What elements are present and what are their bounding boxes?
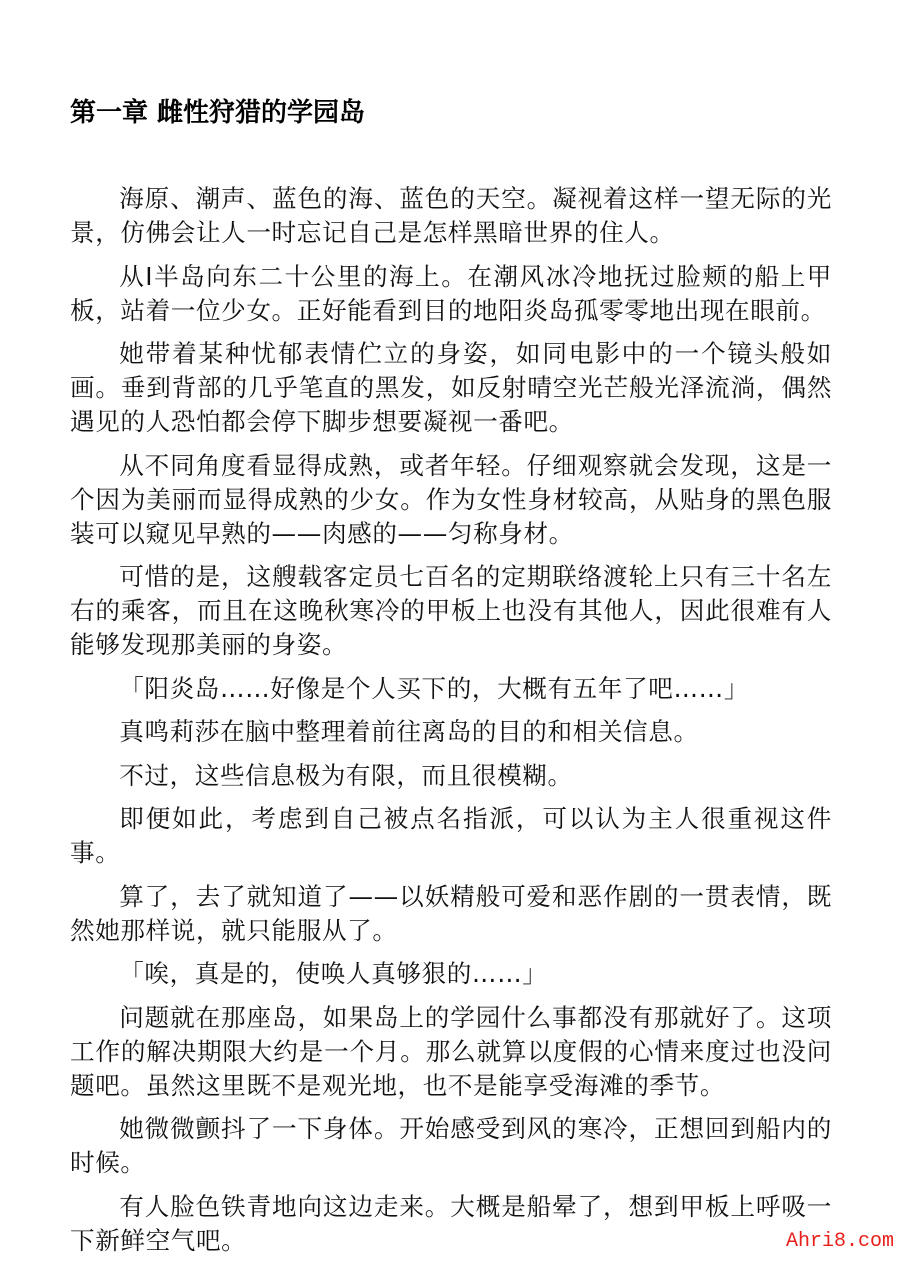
paragraph: 可惜的是，这艘载客定员七百名的定期联络渡轮上只有三十名左右的乘客，而且在这晚秋寒… [70,560,832,662]
chapter-body: 海原、潮声、蓝色的海、蓝色的天空。凝视着这样一望无际的光景，仿佛会让人一时忘记自… [70,182,832,1261]
paragraph: 从不同角度看显得成熟，或者年轻。仔细观察就会发现，这是一个因为美丽而显得成熟的少… [70,449,832,551]
paragraph: 从I半岛向东二十公里的海上。在潮风冰冷地抚过脸颊的船上甲板，站着一位少女。正好能… [70,260,832,328]
paragraph: 问题就在那座岛，如果岛上的学园什么事都没有那就好了。这项工作的解决期限大约是一个… [70,1001,832,1103]
dialogue-paragraph: 「阳炎岛……好像是个人买下的，大概有五年了吧……」 [70,672,832,706]
paragraph: 有人脸色铁青地向这边走来。大概是船晕了，想到甲板上呼吸一下新鲜空气吧。 [70,1190,832,1258]
paragraph: 算了，去了就知道了——以妖精般可爱和恶作剧的一贯表情，既然她那样说，就只能服从了… [70,880,832,948]
chapter-title: 第一章 雌性狩猎的学园岛 [70,92,365,129]
dialogue-paragraph: 「唉，真是的，使唤人真够狠的……」 [70,957,832,991]
paragraph: 海原、潮声、蓝色的海、蓝色的天空。凝视着这样一望无际的光景，仿佛会让人一时忘记自… [70,182,832,250]
paragraph: 即便如此，考虑到自己被点名指派，可以认为主人很重视这件事。 [70,802,832,870]
paragraph: 真鸣莉莎在脑中整理着前往离岛的目的和相关信息。 [70,715,832,749]
paragraph: 她带着某种忧郁表情伫立的身姿，如同电影中的一个镜头般如画。垂到背部的几乎笔直的黑… [70,337,832,439]
watermark: Ahri8.com [786,1230,894,1253]
paragraph: 她微微颤抖了一下身体。开始感受到风的寒冷，正想回到船内的时候。 [70,1112,832,1180]
paragraph: 不过，这些信息极为有限，而且很模糊。 [70,759,832,793]
